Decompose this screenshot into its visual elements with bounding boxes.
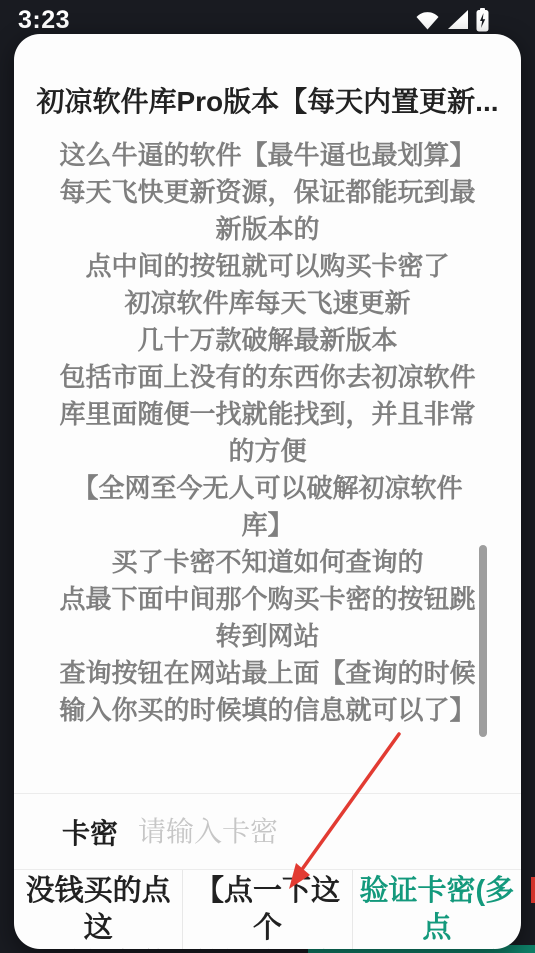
- update-notice-dialog: 初凉软件库Pro版本【每天内置更新... 这么牛逼的软件【最牛逼也最划算】 每天…: [14, 34, 521, 949]
- phone-screen: 3:23 初凉软件库Pro版本: [0, 0, 535, 953]
- card-key-input[interactable]: [136, 815, 521, 849]
- card-key-row: 卡密: [14, 794, 521, 869]
- status-icons: [415, 8, 489, 32]
- wifi-icon: [415, 10, 440, 30]
- cellular-signal-icon: [447, 10, 469, 30]
- scrollbar-thumb[interactable]: [479, 545, 487, 737]
- free-trial-task-button[interactable]: 没钱买的点这 个做任务体验: [14, 870, 182, 949]
- background-app-red-sliver: [531, 877, 535, 903]
- card-key-label: 卡密: [62, 812, 118, 852]
- verify-card-key-button[interactable]: 验证卡密(多点 几下这个点点: [352, 870, 521, 949]
- buy-card-key-button[interactable]: 【点一下这个 按钮购买卡: [182, 870, 351, 949]
- dialog-button-row: 没钱买的点这 个做任务体验 【点一下这个 按钮购买卡 验证卡密(多点 几下这个点…: [14, 870, 521, 949]
- status-time: 3:23: [18, 6, 70, 35]
- dialog-body-text: 这么牛逼的软件【最牛逼也最划算】 每天飞快更新资源，保证都能玩到最 新版本的 点…: [14, 137, 521, 729]
- battery-charging-icon: [476, 8, 489, 32]
- dialog-title: 初凉软件库Pro版本【每天内置更新...: [14, 80, 521, 120]
